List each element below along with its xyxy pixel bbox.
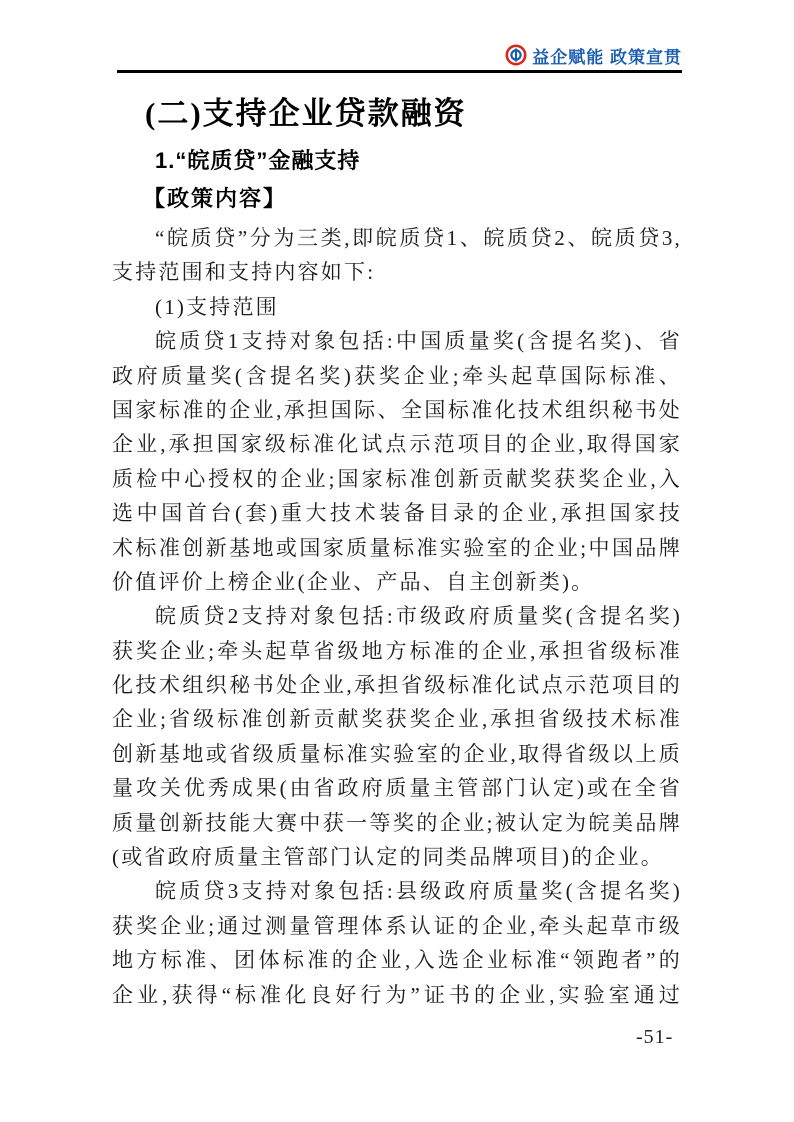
text-line: 质量创新技能大赛中获一等奖的企业;被认定为皖美品牌: [112, 806, 682, 840]
text-line: 获奖企业;通过测量管理体系认证的企业,牵头起草市级: [112, 909, 682, 943]
paragraph: 皖质贷1支持对象包括:中国质量奖(含提名奖)、省政府质量奖(含提名奖)获奖企业;…: [112, 324, 682, 599]
text-line: 企业,获得“标准化良好行为”证书的企业,实验室通过: [112, 978, 682, 1012]
text-line: 选中国首台(套)重大技术装备目录的企业,承担国家技: [112, 496, 682, 530]
subsection-title: 1.“皖质贷”金融支持: [155, 144, 360, 175]
paragraph: 皖质贷3支持对象包括:县级政府质量奖(含提名奖)获奖企业;通过测量管理体系认证的…: [112, 874, 682, 1012]
text-line: (1)支持范围: [112, 290, 682, 324]
text-line: 企业,承担国家级标准化试点示范项目的企业,取得国家: [112, 427, 682, 461]
text-line: 量攻关优秀成果(由省政府质量主管部门认定)或在全省: [112, 771, 682, 805]
text-line: 政府质量奖(含提名奖)获奖企业;牵头起草国际标准、: [112, 359, 682, 393]
text-line: (或省政府质量主管部门认定的同类品牌项目)的企业。: [112, 840, 682, 874]
text-line: 支持范围和支持内容如下:: [112, 255, 682, 289]
text-line: 获奖企业;牵头起草省级地方标准的企业,承担省级标准: [112, 634, 682, 668]
text-line: “皖质贷”分为三类,即皖质贷1、皖质贷2、皖质贷3,: [112, 221, 682, 255]
text-line: 创新基地或省级质量标准实验室的企业,取得省级以上质: [112, 737, 682, 771]
text-line: 术标准创新基地或国家质量标准实验室的企业;中国品牌: [112, 531, 682, 565]
paragraph: (1)支持范围: [112, 290, 682, 324]
document-page: 益企赋能 政策宣贯 (二)支持企业贷款融资 1.“皖质贷”金融支持 【政策内容】…: [0, 0, 794, 1122]
body-text: “皖质贷”分为三类,即皖质贷1、皖质贷2、皖质贷3,支持范围和支持内容如下:(1…: [112, 221, 682, 1012]
text-line: 企业;省级标准创新贡献奖获奖企业,承担省级技术标准: [112, 702, 682, 736]
text-line: 化技术组织秘书处企业,承担省级标准化试点示范项目的: [112, 668, 682, 702]
text-line: 价值评价上榜企业(企业、产品、自主创新类)。: [112, 565, 682, 599]
paragraph: 皖质贷2支持对象包括:市级政府质量奖(含提名奖)获奖企业;牵头起草省级地方标准的…: [112, 599, 682, 874]
brand-logo-icon: [505, 44, 527, 66]
text-line: 质检中心授权的企业;国家标准创新贡献奖获奖企业,入: [112, 462, 682, 496]
header-divider: [117, 70, 682, 73]
policy-content-label: 【政策内容】: [143, 182, 287, 213]
page-number: -51-: [636, 1026, 673, 1049]
brand-text: 益企赋能 政策宣贯: [532, 43, 682, 68]
section-title: (二)支持企业贷款融资: [145, 88, 467, 133]
page-header: 益企赋能 政策宣贯: [112, 42, 682, 68]
text-line: 皖质贷3支持对象包括:县级政府质量奖(含提名奖): [112, 874, 682, 908]
text-line: 地方标准、团体标准的企业,入选企业标准“领跑者”的: [112, 943, 682, 977]
text-line: 皖质贷1支持对象包括:中国质量奖(含提名奖)、省: [112, 324, 682, 358]
text-line: 国家标准的企业,承担国际、全国标准化技术组织秘书处: [112, 393, 682, 427]
paragraph: “皖质贷”分为三类,即皖质贷1、皖质贷2、皖质贷3,支持范围和支持内容如下:: [112, 221, 682, 290]
text-line: 皖质贷2支持对象包括:市级政府质量奖(含提名奖): [112, 599, 682, 633]
